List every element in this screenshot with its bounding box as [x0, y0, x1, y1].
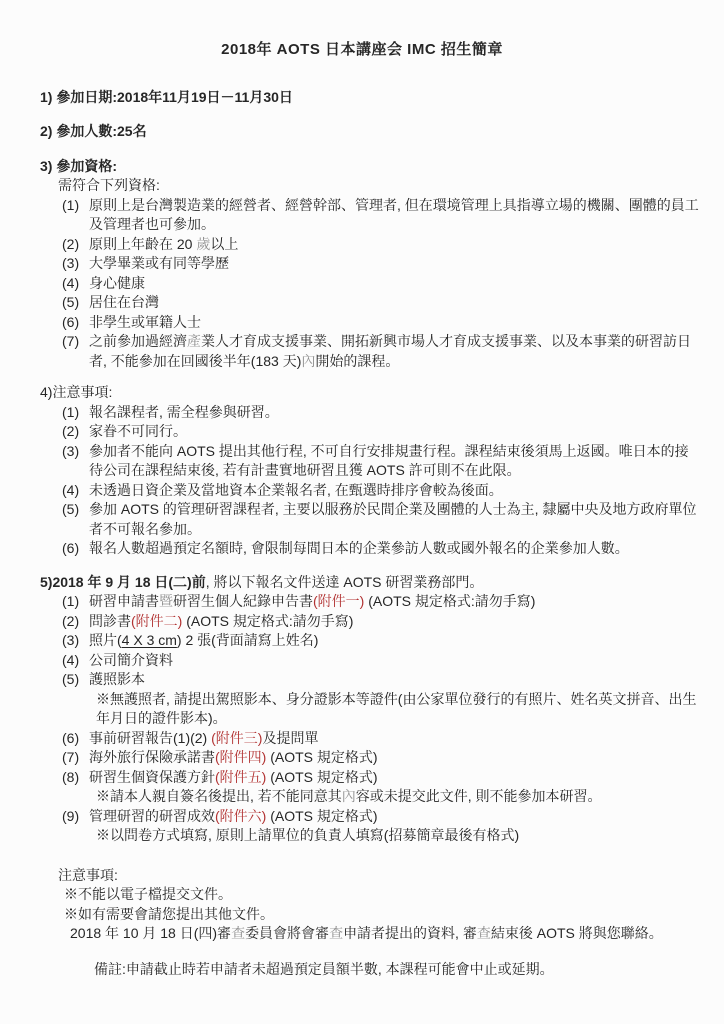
text-segment: (AOTS 規定格式)	[266, 808, 377, 824]
line-text: 海外旅行保險承諾書(附件四) (AOTS 規定格式)	[89, 748, 700, 768]
line-text: 需符合下列資格:	[58, 176, 700, 196]
item-number: (5)	[62, 293, 89, 313]
text-segment: 及提問單	[262, 730, 318, 746]
qualification-item: (5)居住在台灣	[62, 293, 700, 313]
line-text: ※如有需要會請您提出其他文件。	[64, 905, 700, 925]
line-text: 之前參加過經濟產業人才育成支援事業、開拓新興市場人才育成支援事業、以及本事業的研…	[89, 332, 700, 371]
attachment-ref: (附件三)	[211, 730, 262, 746]
document-item: (2)問診書(附件二) (AOTS 規定格式:請勿手寫)	[62, 612, 700, 632]
line-text: 研習生個資保護方針(附件五) (AOTS 規定格式)	[89, 768, 700, 788]
document-item: (4)公司簡介資料	[62, 651, 700, 671]
text-segment: 研習生個資保護方針	[89, 769, 215, 785]
line-text: 參加者不能向 AOTS 提出其他行程, 不可自行安排規畫行程。課程結束後須馬上返…	[89, 442, 700, 481]
note-item: (1)報名課程者, 需全程參與研習。	[62, 403, 700, 423]
item-number: (1)	[62, 403, 89, 423]
item-number: (4)	[62, 481, 89, 501]
text-segment: 管理研習的研習成效	[89, 808, 215, 824]
attachment-ref: (附件二)	[131, 613, 182, 629]
line-text: ※不能以電子檔提交文件。	[64, 885, 700, 905]
item-number: (2)	[62, 422, 89, 442]
item-number: (6)	[62, 729, 89, 749]
line-text: 備註:申請截止時若申請者未超過預定員額半數, 本課程可能會中止或延期。	[94, 960, 700, 980]
qualification-item: (4)身心健康	[62, 274, 700, 294]
line-text: 公司簡介資料	[89, 651, 700, 671]
text-segment: 2018 年 10 月 18 日(四)審	[70, 925, 231, 941]
substituted-glyph: 查	[477, 925, 491, 941]
text-segment: 居住在台灣	[89, 294, 159, 310]
text-segment: (AOTS 規定格式)	[266, 769, 377, 785]
underlined-text: 4 X 3 cm	[122, 632, 177, 648]
final-notes-heading: 注意事項:	[58, 866, 700, 886]
text-segment: 原則上年齡在 20	[89, 236, 196, 252]
text-segment: 4)注意事項:	[40, 384, 112, 400]
text-segment: 容或未提交此文件, 則不能參加本研習。	[356, 788, 602, 804]
text-segment: 委員會將會審	[245, 925, 329, 941]
line-text: ※無護照者, 請提出駕照影本、身分證影本等證件(由公家單位發行的有照片、姓名英文…	[96, 690, 700, 729]
substituted-glyph: 查	[231, 925, 245, 941]
text-segment: 1) 參加日期:2018年11月19日－11月30日	[40, 89, 293, 105]
final-note: ※不能以電子檔提交文件。	[64, 885, 700, 905]
line-text: 事前研習報告(1)(2) (附件三)及提問單	[89, 729, 700, 749]
line-text: 3) 參加資格:	[40, 157, 700, 177]
qualification-item: (7)之前參加過經濟產業人才育成支援事業、開拓新興市場人才育成支援事業、以及本事…	[62, 332, 700, 371]
line-text: 照片(4 X 3 cm) 2 張(背面請寫上姓名)	[89, 631, 700, 651]
text-segment: 非學生或軍籍人士	[89, 314, 201, 330]
line-text: 非學生或軍籍人士	[89, 313, 700, 333]
text-segment: 照片(	[89, 632, 122, 648]
text-segment: (AOTS 規定格式:請勿手寫)	[182, 613, 353, 629]
participation-date: 1) 參加日期:2018年11月19日－11月30日	[40, 88, 700, 108]
review-date-note: 2018 年 10 月 18 日(四)審查委員會將會審查申請者提出的資料, 審查…	[70, 924, 700, 944]
document-subnote: ※無護照者, 請提出駕照影本、身分證影本等證件(由公家單位發行的有照片、姓名英文…	[96, 690, 700, 729]
qualification-item: (2)原則上年齡在 20 歲以上	[62, 235, 700, 255]
text-segment: 未透過日資企業及當地資本企業報名者, 在甄選時排序會較為後面。	[89, 482, 503, 498]
item-number: (5)	[62, 500, 89, 520]
text-segment: ) 2 張(背面請寫上姓名)	[177, 632, 319, 648]
document-item: (6)事前研習報告(1)(2) (附件三)及提問單	[62, 729, 700, 749]
item-number: (9)	[62, 807, 89, 827]
line-text: 問診書(附件二) (AOTS 規定格式:請勿手寫)	[89, 612, 700, 632]
substituted-glyph: 內	[301, 353, 315, 369]
page-title: 2018年 AOTS 日本講座会 IMC 招生簡章	[0, 40, 700, 60]
line-text: 報名課程者, 需全程參與研習。	[89, 403, 700, 423]
line-text: 家眷不可同行。	[89, 422, 700, 442]
document-item: (7)海外旅行保險承諾書(附件四) (AOTS 規定格式)	[62, 748, 700, 768]
remark: 備註:申請截止時若申請者未超過預定員額半數, 本課程可能會中止或延期。	[94, 960, 700, 980]
text-segment: 注意事項:	[58, 867, 118, 883]
text-segment: 之前參加過經濟	[89, 333, 187, 349]
line-text: 注意事項:	[58, 866, 700, 886]
text-segment: 開始的課程。	[315, 353, 399, 369]
item-number: (4)	[62, 651, 89, 671]
line-text: 1) 參加日期:2018年11月19日－11月30日	[40, 88, 700, 108]
line-text: 原則上年齡在 20 歲以上	[89, 235, 700, 255]
substituted-glyph: 暨	[159, 593, 173, 609]
line-text: 護照影本	[89, 670, 700, 690]
item-number: (7)	[62, 332, 89, 352]
item-number: (2)	[62, 612, 89, 632]
line-text: 研習申請書暨研習生個人紀錄申告書(附件一) (AOTS 規定格式:請勿手寫)	[89, 592, 700, 612]
substituted-glyph: 產	[187, 333, 201, 349]
line-text: 2) 參加人數:25名	[40, 122, 700, 142]
attachment-ref: (附件一)	[313, 593, 364, 609]
text-segment: 結束後 AOTS 將與您聯絡。	[491, 925, 663, 941]
document-item: (5)護照影本	[62, 670, 700, 690]
line-text: 管理研習的研習成效(附件六) (AOTS 規定格式)	[89, 807, 700, 827]
text-segment: 研習申請書	[89, 593, 159, 609]
line-text: 未透過日資企業及當地資本企業報名者, 在甄選時排序會較為後面。	[89, 481, 700, 501]
qualifications-heading: 3) 參加資格:	[40, 157, 700, 177]
text-segment: ※請本人親自簽名後提出, 若不能同意其	[96, 788, 342, 804]
text-segment: 家眷不可同行。	[89, 423, 187, 439]
document-item: (3)照片(4 X 3 cm) 2 張(背面請寫上姓名)	[62, 631, 700, 651]
deadline-heading: 5)2018 年 9 月 18 日(二)前, 將以下報名文件送達 AOTS 研習…	[40, 573, 700, 593]
text-segment: 3) 參加資格:	[40, 158, 117, 174]
attachment-ref: (附件四)	[215, 749, 266, 765]
final-note: ※如有需要會請您提出其他文件。	[64, 905, 700, 925]
item-number: (8)	[62, 768, 89, 788]
text-segment: 原則上是台灣製造業的經營者、經營幹部、管理者, 但在環境管理上具指導立場的機關、…	[89, 197, 699, 233]
item-number: (1)	[62, 196, 89, 216]
item-number: (2)	[62, 235, 89, 255]
text-segment: ※不能以電子檔提交文件。	[64, 886, 232, 902]
text-segment: 參加者不能向 AOTS 提出其他行程, 不可自行安排規畫行程。課程結束後須馬上返…	[89, 443, 689, 479]
document-item: (9)管理研習的研習成效(附件六) (AOTS 規定格式)	[62, 807, 700, 827]
text-segment: 備註:申請截止時若申請者未超過預定員額半數, 本課程可能會中止或延期。	[94, 961, 554, 977]
document-item: (8)研習生個資保護方針(附件五) (AOTS 規定格式)	[62, 768, 700, 788]
line-text: 報名人數超過預定名額時, 會限制每間日本的企業參訪人數或國外報名的企業參加人數。	[89, 539, 700, 559]
note-item: (4)未透過日資企業及當地資本企業報名者, 在甄選時排序會較為後面。	[62, 481, 700, 501]
text-segment: 公司簡介資料	[89, 652, 173, 668]
participant-count: 2) 參加人數:25名	[40, 122, 700, 142]
text-segment: 大學畢業或有同等學歷	[89, 255, 229, 271]
document-page: 2018年 AOTS 日本講座会 IMC 招生簡章 1) 參加日期:2018年1…	[0, 0, 724, 1024]
text-segment: 身心健康	[89, 275, 145, 291]
text-segment: 報名人數超過預定名額時, 會限制每間日本的企業參訪人數或國外報名的企業參加人數。	[89, 540, 629, 556]
item-number: (3)	[62, 254, 89, 274]
qualification-item: (6)非學生或軍籍人士	[62, 313, 700, 333]
item-number: (3)	[62, 442, 89, 462]
text-segment: 護照影本	[89, 671, 145, 687]
substituted-glyph: 歲	[196, 236, 210, 252]
text-segment: 5)2018 年 9 月 18 日(二)前	[40, 574, 206, 590]
text-segment: (AOTS 規定格式:請勿手寫)	[364, 593, 535, 609]
line-text: 居住在台灣	[89, 293, 700, 313]
item-number: (5)	[62, 670, 89, 690]
item-number: (1)	[62, 592, 89, 612]
line-text: 5)2018 年 9 月 18 日(二)前, 將以下報名文件送達 AOTS 研習…	[40, 573, 700, 593]
text-segment: 報名課程者, 需全程參與研習。	[89, 404, 279, 420]
document-subnote: ※請本人親自簽名後提出, 若不能同意其內容或未提交此文件, 則不能參加本研習。	[96, 787, 700, 807]
substituted-glyph: 查	[329, 925, 343, 941]
text-segment: (AOTS 規定格式)	[266, 749, 377, 765]
document-body: 1) 參加日期:2018年11月19日－11月30日2) 參加人數:25名3) …	[0, 88, 700, 980]
note-item: (3)參加者不能向 AOTS 提出其他行程, 不可自行安排規畫行程。課程結束後須…	[62, 442, 700, 481]
line-text: ※以問卷方式填寫, 原則上請單位的負責人填寫(招募簡章最後有格式)	[96, 826, 700, 846]
text-segment: 問診書	[89, 613, 131, 629]
attachment-ref: (附件五)	[215, 769, 266, 785]
text-segment: ※以問卷方式填寫, 原則上請單位的負責人填寫(招募簡章最後有格式)	[96, 827, 519, 843]
item-number: (3)	[62, 631, 89, 651]
substituted-glyph: 內	[342, 788, 356, 804]
text-segment: 申請者提出的資料, 審	[343, 925, 477, 941]
text-segment: 以上	[210, 236, 238, 252]
line-text: 大學畢業或有同等學歷	[89, 254, 700, 274]
text-segment: 需符合下列資格:	[58, 177, 160, 193]
item-number: (4)	[62, 274, 89, 294]
note-item: (5)參加 AOTS 的管理研習課程者, 主要以服務於民間企業及團體的人士為主,…	[62, 500, 700, 539]
qualification-item: (1)原則上是台灣製造業的經營者、經營幹部、管理者, 但在環境管理上具指導立場的…	[62, 196, 700, 235]
line-text: ※請本人親自簽名後提出, 若不能同意其內容或未提交此文件, 則不能參加本研習。	[96, 787, 700, 807]
text-segment: 研習生個人紀錄申告書	[173, 593, 313, 609]
text-segment: ※無護照者, 請提出駕照影本、身分證影本等證件(由公家單位發行的有照片、姓名英文…	[96, 691, 696, 727]
line-text: 參加 AOTS 的管理研習課程者, 主要以服務於民間企業及團體的人士為主, 隸屬…	[89, 500, 700, 539]
document-item: (1)研習申請書暨研習生個人紀錄申告書(附件一) (AOTS 規定格式:請勿手寫…	[62, 592, 700, 612]
text-segment: 參加 AOTS 的管理研習課程者, 主要以服務於民間企業及團體的人士為主, 隸屬…	[89, 501, 696, 537]
document-subnote: ※以問卷方式填寫, 原則上請單位的負責人填寫(招募簡章最後有格式)	[96, 826, 700, 846]
qualification-item: (3)大學畢業或有同等學歷	[62, 254, 700, 274]
line-text: 2018 年 10 月 18 日(四)審查委員會將會審查申請者提出的資料, 審查…	[70, 924, 700, 944]
text-segment: 事前研習報告(1)(2)	[89, 730, 211, 746]
notes-heading: 4)注意事項:	[40, 383, 700, 403]
text-segment: 2) 參加人數:25名	[40, 123, 147, 139]
item-number: (7)	[62, 748, 89, 768]
text-segment: , 將以下報名文件送達 AOTS 研習業務部門。	[206, 574, 484, 590]
attachment-ref: (附件六)	[215, 808, 266, 824]
item-number: (6)	[62, 313, 89, 333]
text-segment: 海外旅行保險承諾書	[89, 749, 215, 765]
text-segment: ※如有需要會請您提出其他文件。	[64, 906, 274, 922]
line-text: 原則上是台灣製造業的經營者、經營幹部、管理者, 但在環境管理上具指導立場的機關、…	[89, 196, 700, 235]
line-text: 身心健康	[89, 274, 700, 294]
note-item: (6)報名人數超過預定名額時, 會限制每間日本的企業參訪人數或國外報名的企業參加…	[62, 539, 700, 559]
item-number: (6)	[62, 539, 89, 559]
line-text: 4)注意事項:	[40, 383, 700, 403]
note-item: (2)家眷不可同行。	[62, 422, 700, 442]
qualifications-intro: 需符合下列資格:	[58, 176, 700, 196]
